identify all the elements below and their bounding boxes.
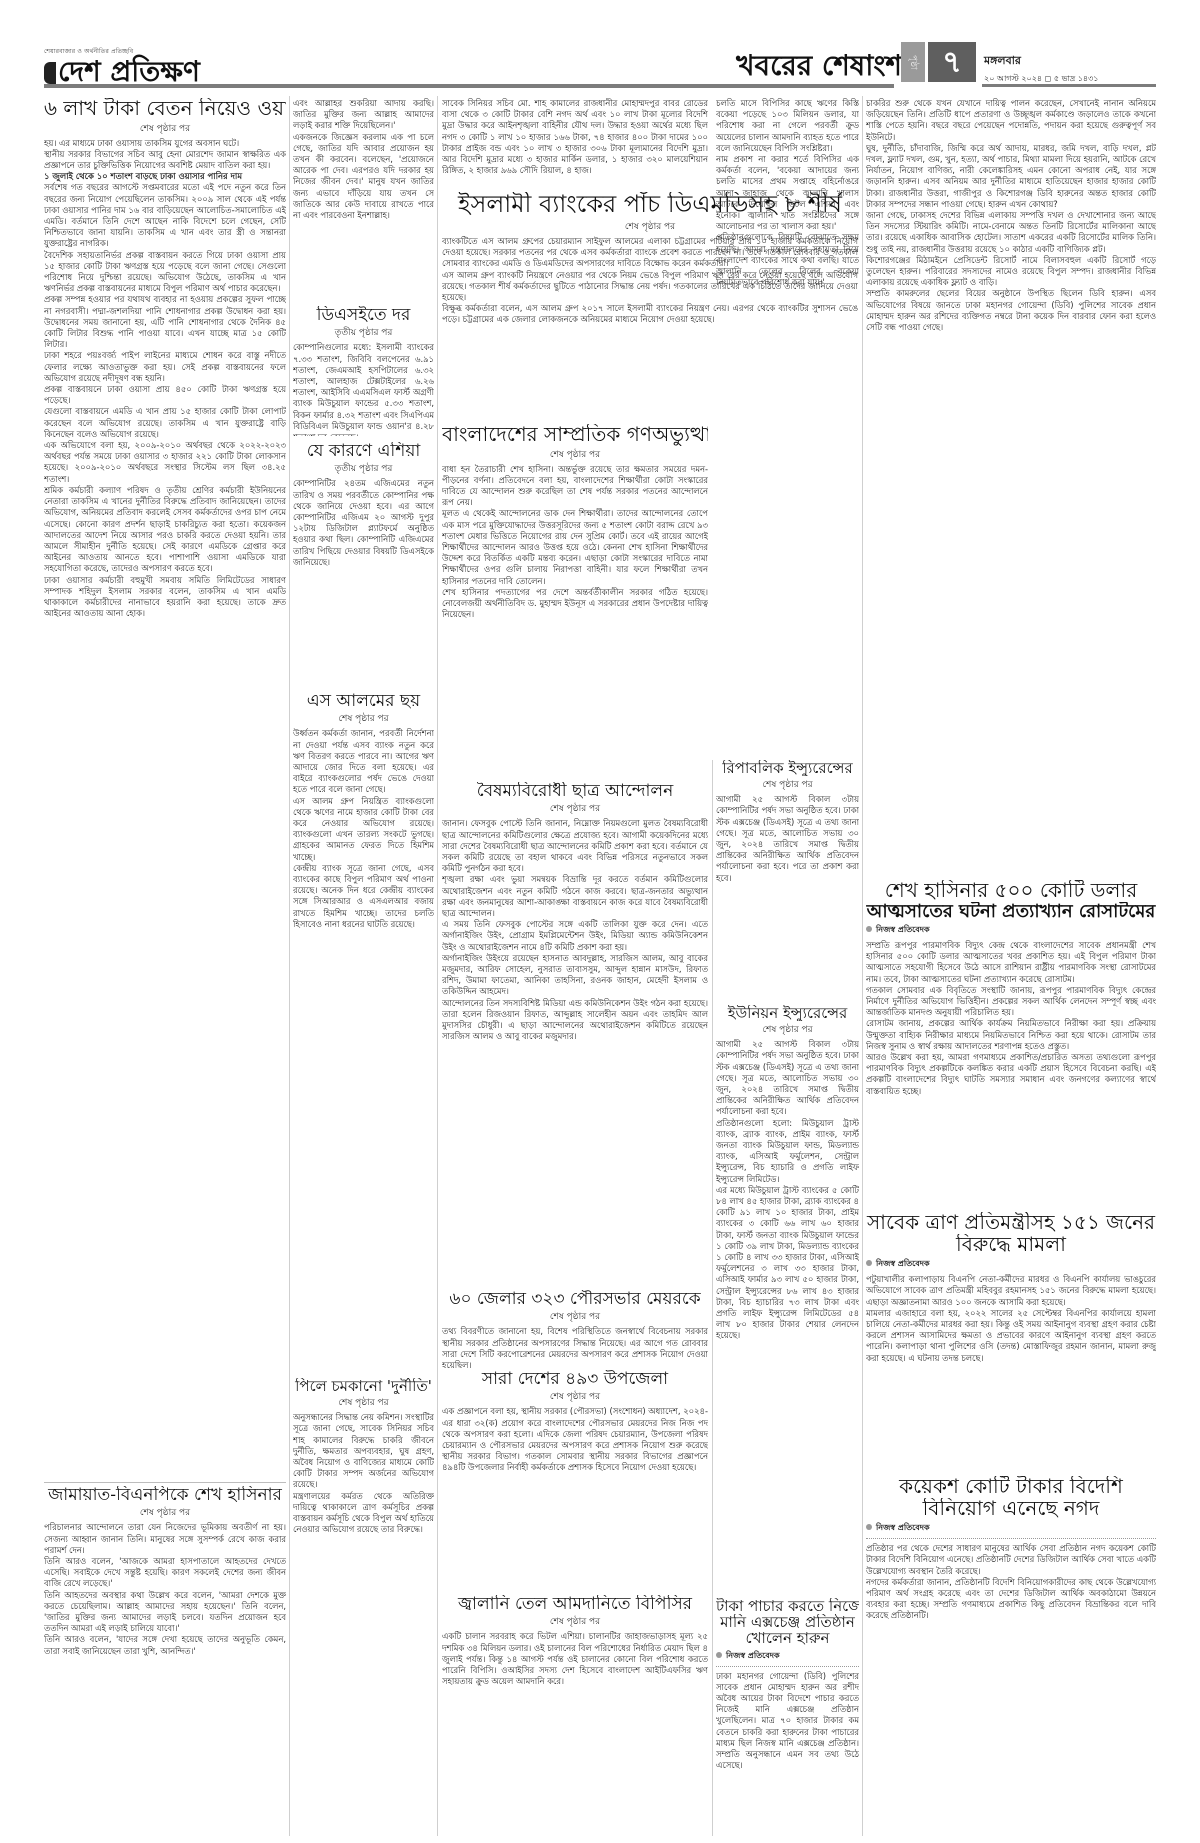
paragraph: স্থানীয় সরকার বিভাগের সচিব আবু হেনা মোর… [44,149,286,171]
paragraph: শেখ হাসিনার পদত্যাগের পর দেশে অন্তর্বর্ত… [442,587,708,621]
kicker: তৃতীয় পৃষ্ঠার পর [293,325,434,340]
paragraph: উর্ধ্বতন কর্মকর্তা জানান, পরবর্তী নির্দে… [293,728,434,795]
kicker: শেষ পৃষ্ঠার পর [44,1505,286,1520]
paragraph: আন্দোলনের তিন সদস্যবিশিষ্ট মিডিয়া এন্ড … [442,998,708,1043]
byline-text: নিজস্ব প্রতিবেদক [726,1651,780,1660]
paragraph: আগামী ২৫ আগস্ট বিকাল ৩টায় কোম্পানিটির প… [716,794,859,884]
article-republic: রিপাবলিক ইন্স্যুরেন্সের শেষ পৃষ্ঠার পর আ… [716,760,859,1000]
article-jalani: জ্বালানি তেল আমদানিতে বিপিসির শেষ পৃষ্ঠা… [442,1595,708,1838]
article-body: কোম্পানিগুলোর মধ্যে: ইসলামী ব্যাংকের ৭.৩… [293,342,434,436]
paragraph: কোম্পানিগুলোর মধ্যে: ইসলামী ব্যাংকের ৭.৩… [293,342,434,436]
paragraph: এস আলম গ্রুপ নিয়ন্ত্রিত ব্যাংকগুলো থেকে… [293,796,434,863]
paragraph: আগামী ২৫ আগস্ট বিকাল ৩টায় কোম্পানিটির প… [716,1039,859,1117]
paragraph: পরিচালনার আন্দোলনে তারা যেন নিজেদের ভূমি… [44,1522,286,1556]
article-pourashava: ৬০ জেলার ৩২৩ পৌরসভার মেয়রকে শেষ পৃষ্ঠার… [442,1290,708,1368]
paragraph: পটুয়াখালীর কলাপাড়ায় বিএনপি নেতা-কর্মী… [866,1274,1156,1308]
paragraph: শ্রমিক কর্মচারী কল্যাণ পরিষদ ও তৃতীয় শ্… [44,485,286,575]
page-number: ৭ [928,42,976,82]
header-rule-right [982,84,1156,87]
article-body: এবং আল্লাহর শুকরিয়া আদায় করছি। জাতির ম… [293,98,434,221]
paragraph: এর মধ্যে মিউচুয়াল ট্রাস্ট ব্যাংকের ৫ কো… [716,1185,859,1342]
article-body: আগামী ২৫ আগস্ট বিকাল ৩টায় কোম্পানিটির প… [716,794,859,884]
emblem-icon [44,62,56,84]
paragraph: তিনি আরও বলেন, 'আজকে আমরা হাসপাতালে আহতদ… [44,1556,286,1590]
bullet-icon [716,1652,722,1658]
column-divider [862,96,863,1836]
logo-title: দেশ প্রতিক্ষণ [44,57,200,87]
headline[interactable]: ডিএসইতে দর [293,306,434,324]
paragraph: একজনকে জিজ্ঞেস করলাম এক পা চলে গেছে, জাত… [293,132,434,222]
byline: নিজস্ব প্রতিবেদক [866,1258,1156,1271]
article-body: কোম্পানিটির ২৪তম এজিএমের নতুন তারিখ ও সম… [293,478,434,568]
paragraph: এক অভিযোগে বলা হয়, ২০০৯-২০১০ অর্থবছর থে… [44,440,286,485]
paragraph: বাধা হন তৈরাচারী শেখ হাসিনা। অন্তর্ভুক্ত… [442,464,708,509]
paragraph: ঢাকা মহানগর গোয়েন্দা (ডিবি) পুলিশের সাব… [716,1671,859,1772]
article-body: একটি চালান সরবরাহ করে ভিটল এশিয়া। চালান… [442,1631,708,1687]
paragraph: অনুসন্ধানের সিদ্ধান্ত নেয় কমিশন। সংস্থা… [293,1412,434,1490]
paragraph: সম্প্রতি কামরুলের ছেলের বিয়ের অনুষ্ঠানে… [866,288,1156,333]
paragraph: রোসাটম জানায়, প্রকল্পের আর্থিক কার্যক্র… [866,1018,1156,1052]
paragraph: একটি চালান সরবরাহ করে ভিটল এশিয়া। চালান… [442,1631,708,1687]
headline[interactable]: ৬০ জেলার ৩২৩ পৌরসভার মেয়রকে [442,1290,708,1308]
paragraph: চাকরির শুরু থেকে যখন যেখানে দায়িত্ব পাল… [866,98,1156,143]
paragraph: জানা গেছে, ঢাকাসহ দেশের বিভিন্ন এলাকায় … [866,210,1156,255]
article-harun: চাকরির শুরু থেকে যখন যেখানে দায়িত্ব পাল… [866,98,1156,873]
paragraph: প্রতিষ্ঠার পর থেকে দেশের সাধারণ মানুষের … [866,1543,1156,1577]
byline: নিজস্ব প্রতিবেদক [716,1650,859,1663]
paragraph: মন্ত্রণালয়ের কর্মরত থেকে অতিরিক্ত দায়ি… [293,1491,434,1536]
paragraph: গতকাল সোমবার এক বিবৃতিতে সংস্থাটি জানায়… [866,985,1156,1019]
paragraph: অর্গানাইজিং উইংয়ে রয়েছেন হাসনাত আবদুল্… [442,953,708,998]
paragraph: তিনি আহতদের অবস্থার কথা উল্লেখ করে বলেন,… [44,1590,286,1635]
article-hasina-500: শেখ হাসিনার ৫০০ কোটি ডলার আত্মসাতের ঘটনা… [866,880,1156,1205]
paragraph: এ সময় তিনি ফেসবুক পোস্টের সঙ্গে একটি তা… [442,919,708,953]
column-divider [712,760,713,1836]
article-boishommo: বৈষম্যবিরোধী ছাত্র আন্দোলন শেষ পৃষ্ঠার প… [442,782,708,1287]
paragraph: নগদের কর্মকর্তারা জানান, প্রতিষ্ঠানটি বি… [866,1577,1156,1622]
article-body: আগামী ২৫ আগস্ট বিকাল ৩টায় কোম্পানিটির প… [716,1039,859,1341]
article-jamaat: জামায়াত-বিএনপিকে শেখ হাসিনার শেষ পৃষ্ঠা… [44,1486,286,1838]
article-body: বাধা হন তৈরাচারী শেখ হাসিনা। অন্তর্ভুক্ত… [442,464,708,621]
paragraph: প্রকল্প বাস্তবায়নে ঢাকা ওয়াসা প্রায় ৪… [44,384,286,406]
paragraph: সম্প্রতি রূপপুর পারমাণবিক বিদ্যুৎ কেন্দ্… [866,940,1156,985]
headline[interactable]: জামায়াত-বিএনপিকে শেখ হাসিনার [44,1486,286,1504]
article-alam: এস আলমের ছয় শেষ পৃষ্ঠার পর উর্ধ্বতন কর্… [293,692,434,1377]
article-pile: পিলে চমকানো 'দুর্নীতি' শেষ পৃষ্ঠার পর অন… [293,1378,434,1838]
kicker: শেষ পৃষ্ঠার পর [716,1022,859,1037]
bullet-icon [866,1260,872,1266]
paragraph: ঘুষ, দুর্নীতি, চাঁদাবাজি, জিম্মি করে অর্… [866,143,1156,210]
paragraph: প্রকল্প সম্পন্ন হওয়ার পর যথাযথ ব্যবহার … [44,294,286,350]
paragraph: জানান। ফেসবুক পোস্টে তিনি জানান, নিম্নোক… [442,818,708,874]
kicker: শেষ পৃষ্ঠার পর [442,1309,708,1324]
byline: নিজস্ব প্রতিবেদক [866,1522,1156,1535]
dotted-divider [716,1666,859,1667]
paragraph: এক প্রজ্ঞাপনে বলা হয়, স্থানীয় সরকার (প… [442,1406,708,1473]
article-body: অনুসন্ধানের সিদ্ধান্ত নেয় কমিশন। সংস্থা… [293,1412,434,1535]
paragraph: ঢাকা ওয়াসার কর্মচারী বহুমুখী সমবায় সমি… [44,575,286,620]
headline-line[interactable]: টাকা পাচার করতে নিজেই [716,1598,859,1614]
dotted-divider [866,1538,1156,1539]
paragraph: শৃঙ্খলা রক্ষা এবং ভুয়া সমন্বয়ক বিভ্রান… [442,874,708,919]
newspaper-logo[interactable]: শেয়ারবাজার ও অর্থনীতির প্রতিচ্ছবি দেশ প… [44,46,200,87]
article-body: সাবেক সিনিয়র সচিব মো. শাহ কামালের রাজধা… [442,98,708,176]
subheadline[interactable]: বিরুদ্ধে মামলা [866,1234,1156,1256]
headline[interactable]: ইউনিয়ন ইন্স্যুরেন্সের [716,1005,859,1021]
headline[interactable]: রিপাবলিক ইন্স্যুরেন্সের [716,760,859,776]
date-block: মঙ্গলবার ২০ আগস্ট ২০২৪ ◻ ৫ ভাদ্র ১৪৩১ [984,52,1099,86]
paragraph: বৈদেশিক সহায়তানির্ভর প্রকল্প বাস্তবায়ন… [44,250,286,295]
paragraph: কোম্পানিটির ২৪তম এজিএমের নতুন তারিখ ও সম… [293,478,434,568]
article-body: হয়। এর মাধ্যমে ঢাকা ওয়াসায় তাকসিম যুগ… [44,138,286,620]
kicker: শেষ পৃষ্ঠার পর [293,711,434,726]
headline-line[interactable]: বিনিয়োগ এনেছে নগদ [866,1498,1156,1520]
paragraph: মামলার এজাহারে বলা হয়, ২০২২ সালের ২৫ সে… [866,1308,1156,1364]
article-wasa: ৬ লাখ টাকা বেতন নিয়েও ওয়াসাকে শেষ পৃষ্… [44,98,286,1478]
headline[interactable]: বৈষম্যবিরোধী ছাত্র আন্দোলন [442,782,708,800]
headline-line[interactable]: কয়েকশ কোটি টাকার বিদেশি [866,1476,1156,1498]
column-divider [437,96,438,1836]
headline[interactable]: এস আলমের ছয় [293,692,434,710]
header-rule-left [44,84,894,88]
kicker: শেষ পৃষ্ঠার পর [293,1395,434,1410]
paragraph: হয়। এর মাধ্যমে ঢাকা ওয়াসায় তাকসিম যুগ… [44,138,286,149]
subheadline[interactable]: আত্মসাতের ঘটনা প্রত্যাখ্যান রোসাটমের [866,902,1156,921]
paragraph: তিনি আরও বলেন, 'যাদের সঙ্গে দেখা হয়েছে … [44,1634,286,1656]
article-bpc: চলতি মাসে বিপিসির কাছে ঋণের কিস্তি বকেয়… [716,98,859,753]
article-body: জানান। ফেসবুক পোস্টে তিনি জানান, নিম্নোক… [442,818,708,1042]
paragraph: আরও উল্লেখ করা হয়, আমরা গণমাধ্যমে প্রকা… [866,1052,1156,1097]
article-islami-lead: সাবেক সিনিয়র সচিব মো. শাহ কামালের রাজধা… [442,98,708,190]
paragraph: প্রতিষ্ঠানগুলো হলো: মিউচুয়াল ট্রাস্ট ব্… [716,1118,859,1185]
byline-text: নিজস্ব প্রতিবেদক [876,1259,930,1268]
kicker: তৃতীয় পৃষ্ঠার পর [293,461,434,476]
article-union: ইউনিয়ন ইন্স্যুরেন্সের শেষ পৃষ্ঠার পর আগ… [716,1005,859,1593]
article-videshi: কয়েকশ কোটি টাকার বিদেশি বিনিয়োগ এনেছে … [866,1476,1156,1838]
kicker: শেষ পৃষ্ঠার পর [716,777,859,792]
paragraph: তথ্য বিবরণীতে জানানো হয়, বিশেষ পরিস্থিত… [442,1326,708,1368]
headline[interactable]: বাংলাদেশের সাম্প্রতিক গণঅভ্যুত্থান [442,424,708,446]
paragraph: যেগুলো বাস্তবায়নে এমডি এ খান প্রায় ১৫ … [44,406,286,440]
paragraph: এবং আল্লাহর শুকরিয়া আদায় করছি। জাতির ম… [293,98,434,132]
article-body: চাকরির শুরু থেকে যখন যেখানে দায়িত্ব পাল… [866,98,1156,333]
paragraph: প্রতিষ্ঠানগুলোকে বিষয়টি বোঝাতে সক্ষম হয… [716,232,859,288]
paragraph: সর্বশেষ গত বছরের আগস্টে সপ্তমবারের মতো এ… [44,182,286,249]
article-dse: ডিএসইতে দর তৃতীয় পৃষ্ঠার পর কোম্পানিগুল… [293,306,434,436]
paragraph: মূলত এ থেকেই আন্দোলনের ডাক দেন শিক্ষার্থ… [442,508,708,586]
article-body: চলতি মাসে বিপিসির কাছে ঋণের কিস্তি বকেয়… [716,98,859,288]
byline-text: নিজস্ব প্রতিবেদক [876,1523,930,1532]
headline[interactable]: যে কারণে এশিয়া [293,442,434,460]
headline[interactable]: সারা দেশের ৪৯৩ উপজেলা [442,1370,708,1388]
article-asia: যে কারণে এশিয়া তৃতীয় পৃষ্ঠার পর কোম্পা… [293,442,434,687]
headline[interactable]: শেখ হাসিনার ৫০০ কোটি ডলার [866,880,1156,902]
article-body: প্রতিষ্ঠার পর থেকে দেশের সাধারণ মানুষের … [866,1543,1156,1621]
kicker: শেষ পৃষ্ঠার পর [442,1389,708,1404]
day-name: মঙ্গলবার [984,52,1099,71]
kicker: শেষ পৃষ্ঠার পর [442,801,708,816]
article-body: সম্প্রতি রূপপুর পারমাণবিক বিদ্যুৎ কেন্দ্… [866,940,1156,1097]
article-body: পটুয়াখালীর কলাপাড়ায় বিএনপি নেতা-কর্মী… [866,1274,1156,1364]
headline-line[interactable]: খোলেন হারুন [716,1630,859,1646]
headline[interactable]: ৬ লাখ টাকা বেতন নিয়েও ওয়াসাকে [44,98,286,120]
headline[interactable]: সাবেক ত্রাণ প্রতিমন্ত্রীসহ ১৫১ জনের [866,1212,1156,1234]
paragraph: ঢাকা শহরে পয়ঃবর্জ্য পাইপ লাইনের মাধ্যমে… [44,350,286,384]
article-body: ঢাকা মহানগর গোয়েন্দা (ডিবি) পুলিশের সাব… [716,1671,859,1772]
article-body: এক প্রজ্ঞাপনে বলা হয়, স্থানীয় সরকার (প… [442,1406,708,1473]
column-divider [289,96,290,1836]
headline-line[interactable]: মানি এক্সচেঞ্জ প্রতিষ্ঠান [716,1614,859,1630]
article-tran: সাবেক ত্রাণ প্রতিমন্ত্রীসহ ১৫১ জনের বিরু… [866,1212,1156,1472]
article-bangladesh: বাংলাদেশের সাম্প্রতিক গণঅভ্যুত্থান শেষ প… [442,424,708,779]
paragraph-subhead: ১ জুলাই থেকে ১০ শতাংশ বাড়ছে ঢাকা ওয়াসা… [44,171,286,182]
kicker: শেষ পৃষ্ঠার পর [442,447,708,462]
headline[interactable]: জ্বালানি তেল আমদানিতে বিপিসির [442,1595,708,1613]
byline-text: নিজস্ব প্রতিবেদক [876,925,930,934]
headline[interactable]: পিলে চমকানো 'দুর্নীতি' [293,1378,434,1394]
article-continued: এবং আল্লাহর শুকরিয়া আদায় করছি। জাতির ম… [293,98,434,303]
article-upazila: সারা দেশের ৪৯৩ উপজেলা শেষ পৃষ্ঠার পর এক … [442,1370,708,1585]
bullet-icon [866,1524,872,1530]
article-body: তথ্য বিবরণীতে জানানো হয়, বিশেষ পরিস্থিত… [442,1326,708,1368]
article-money-exchange: টাকা পাচার করতে নিজেই মানি এক্সচেঞ্জ প্র… [716,1598,859,1838]
byline: নিজস্ব প্রতিবেদক [866,924,1156,937]
masthead: শেয়ারবাজার ও অর্থনীতির প্রতিচ্ছবি দেশ প… [0,0,1200,82]
paragraph: নাম প্রকাশ না করার শর্তে বিপিসির এক কর্ম… [716,154,859,232]
paragraph: সাবেক সিনিয়র সচিব মো. শাহ কামালের রাজধা… [442,98,708,176]
section-divider [44,1482,286,1483]
kicker: শেষ পৃষ্ঠার পর [44,121,286,136]
paragraph: কেন্দ্রীয় ব্যাংক সূত্রে জানা গেছে, এসব … [293,863,434,930]
kicker: শেষ পৃষ্ঠার পর [442,1614,708,1629]
paragraph: কিশোরগঞ্জের মিঠামইনে প্রেসিডেন্ট রিসোর্ট… [866,255,1156,289]
article-body: উর্ধ্বতন কর্মকর্তা জানান, পরবর্তী নির্দে… [293,728,434,930]
bullet-icon [866,926,872,932]
paragraph: চলতি মাসে বিপিসির কাছে ঋণের কিস্তি বকেয়… [716,98,859,154]
page-label: পৃষ্ঠা [901,42,925,82]
article-body: পরিচালনার আন্দোলনে তারা যেন নিজেদের ভূমি… [44,1522,286,1656]
